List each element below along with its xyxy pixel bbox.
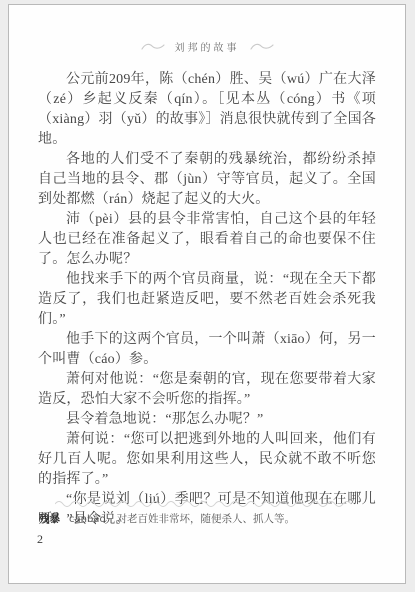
page-title: 刘邦的故事	[175, 39, 240, 54]
paragraph: 他找来手下的两个官员商量，说：“现在全天下都造反了，我们也赶紧造反吧，要不然老百…	[38, 270, 376, 330]
paragraph: 县令着急地说：“那怎么办呢？”	[38, 410, 376, 430]
footnote: 残暴cánbào对老百姓非常坏，随便杀人、抓人等。	[39, 511, 295, 526]
footnote-definition: 对老百姓非常坏，随便杀人、抓人等。	[117, 514, 296, 525]
page-header: 刘邦的故事	[9, 39, 405, 54]
footnote-term: 残暴	[39, 514, 60, 525]
footnote-divider-wave	[55, 500, 351, 508]
book-page: 刘邦的故事 公元前209年，陈（chén）胜、吴（wú）广在大泽（zé）乡起义反…	[8, 4, 406, 584]
story-text: 公元前209年，陈（chén）胜、吴（wú）广在大泽（zé）乡起义反秦（qín）…	[38, 70, 376, 530]
header-flourish-right-icon	[250, 42, 274, 52]
footnote-pinyin: cánbào	[69, 514, 106, 525]
paragraph: 他手下的这两个官员，一个叫萧（xiāo）何，另一个叫曹（cáo）参。	[38, 330, 376, 370]
wave-path	[55, 502, 351, 507]
paragraph: 公元前209年，陈（chén）胜、吴（wú）广在大泽（zé）乡起义反秦（qín）…	[38, 70, 376, 150]
header-flourish-left-icon	[141, 42, 165, 52]
paragraph: 各地的人们受不了秦朝的残暴统治，都纷纷杀掉自己当地的县令、郡（jùn）守等官员，…	[38, 150, 376, 210]
paragraph: 萧何说：“您可以把逃到外地的人叫回来，他们有好几百人呢。您如果利用这些人，民众就…	[38, 430, 376, 490]
page-number: 2	[37, 532, 43, 547]
paragraph: 沛（pèi）县的县令非常害怕，自己这个县的年轻人也已经在准备起义了，眼看着自己的…	[38, 210, 376, 270]
paragraph: 萧何对他说：“您是秦朝的官，现在您要带着大家造反，恐怕大家不会听您的指挥。”	[38, 370, 376, 410]
